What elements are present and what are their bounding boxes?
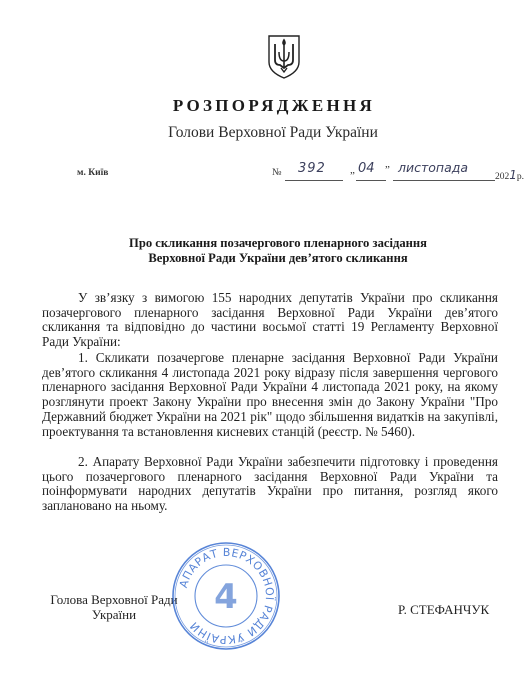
signatory-name: Р. СТЕФАНЧУК bbox=[398, 602, 489, 618]
document-subject: Про скликання позачергового пленарного з… bbox=[0, 236, 528, 266]
preamble-paragraph: У зв’язку з вимогою 155 народних депутат… bbox=[42, 291, 498, 350]
official-stamp: АПАРАТ ВЕРХОВНОЇ РАДИ УКРАЇНИ 4 * bbox=[170, 540, 282, 652]
quote-open: „ bbox=[350, 164, 355, 176]
signatory-title-line-1: Голова Верховної Ради bbox=[44, 592, 184, 607]
stamp-number: 4 bbox=[214, 577, 238, 617]
subject-line-1: Про скликання позачергового пленарного з… bbox=[28, 236, 528, 251]
item-1-paragraph: 1. Скликати позачергове пленарне засідан… bbox=[42, 351, 498, 439]
quote-close: ” bbox=[385, 164, 390, 176]
number-underline bbox=[285, 180, 343, 181]
date-month: листопада bbox=[398, 160, 468, 175]
svg-text:*: * bbox=[240, 640, 243, 646]
date-year: 2021р. bbox=[495, 168, 524, 182]
document-number: 392 bbox=[298, 161, 326, 176]
signatory-title: Голова Верховної Ради України bbox=[44, 592, 184, 622]
subject-line-2: Верховної Ради України дев’ятого скликан… bbox=[28, 251, 528, 266]
year-prefix: 202 bbox=[495, 172, 509, 182]
day-underline bbox=[356, 180, 386, 181]
month-underline bbox=[393, 180, 495, 181]
year-suffix-label: р. bbox=[517, 172, 524, 182]
number-label: № bbox=[272, 167, 282, 178]
city-label: м. Київ bbox=[77, 168, 108, 178]
date-day: 04 bbox=[358, 161, 375, 176]
issuer-subtitle: Голови Верховної Ради України bbox=[0, 124, 528, 142]
trident-coat-of-arms-icon bbox=[266, 34, 302, 80]
year-handwritten-digit: 1 bbox=[509, 168, 517, 182]
document-type-heading: РОЗПОРЯДЖЕННЯ bbox=[0, 96, 528, 116]
signatory-title-line-2: України bbox=[44, 607, 184, 622]
item-2-paragraph: 2. Апарату Верховної Ради України забезп… bbox=[42, 455, 498, 514]
